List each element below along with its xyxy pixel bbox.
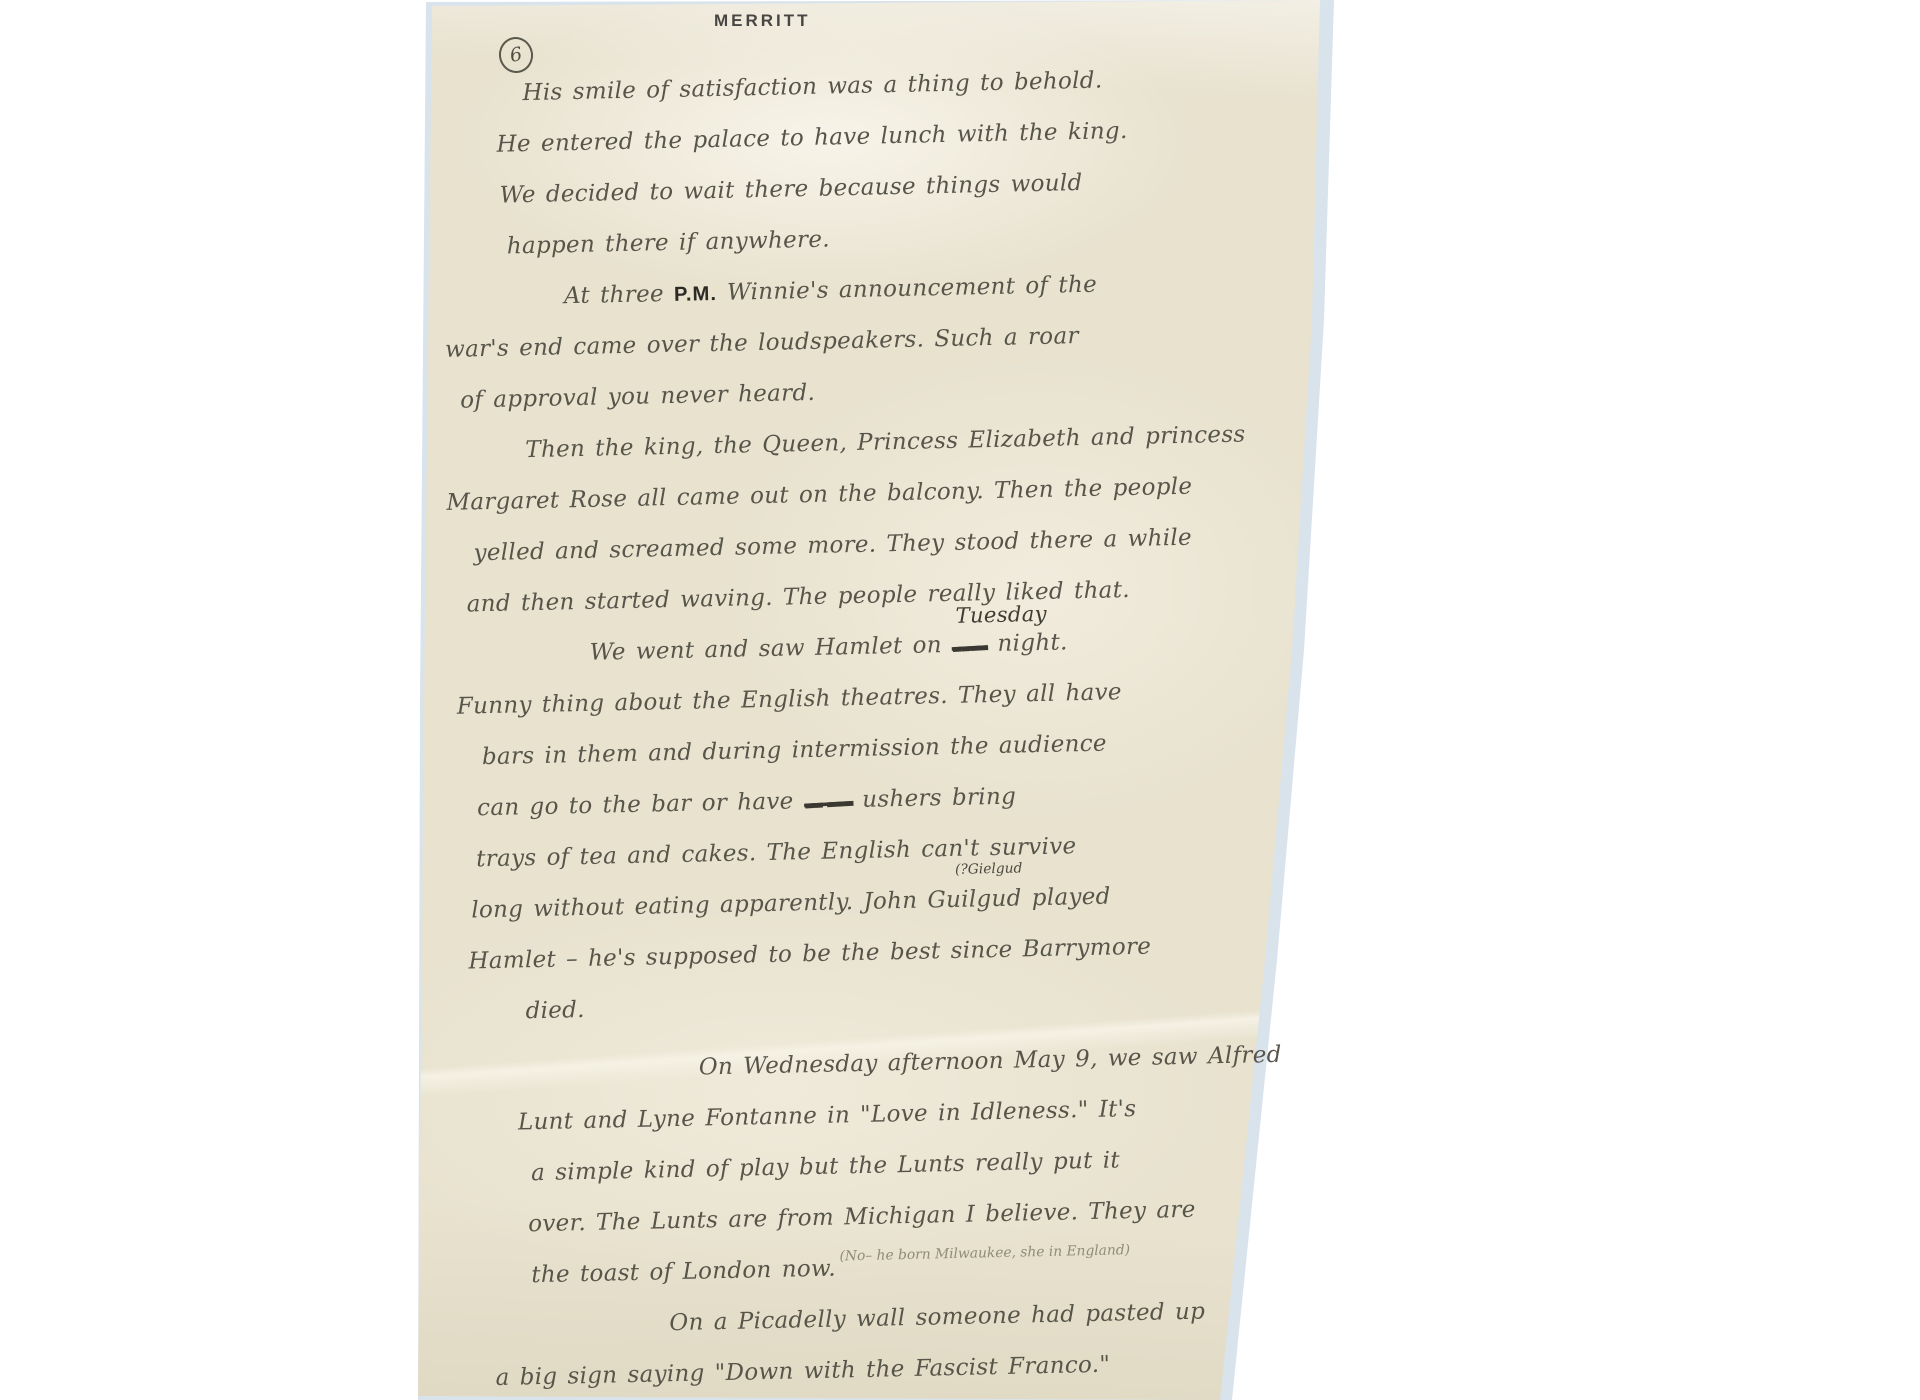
name-stamp: MERRITT	[714, 11, 811, 31]
spelling-note-above: (?Gielgud	[955, 863, 1023, 878]
handwriting-body: His smile of satisfaction was a thing to…	[437, 53, 1246, 1400]
day-correction: Tuesday▬▬▬▬	[951, 619, 988, 674]
marginal-annotation: (No– he born Milwaukee, she in England)	[839, 1242, 1130, 1264]
strikethrough-scribble: ▬▬▬▬	[950, 618, 989, 679]
strikethrough-scribble: ▬▬ ▬▬▬	[802, 773, 854, 834]
gielgud-correction: (?GielgudGuilgud	[927, 873, 1022, 926]
overwritten-pm: P.M.	[674, 283, 717, 306]
page-number: 6	[508, 43, 524, 67]
